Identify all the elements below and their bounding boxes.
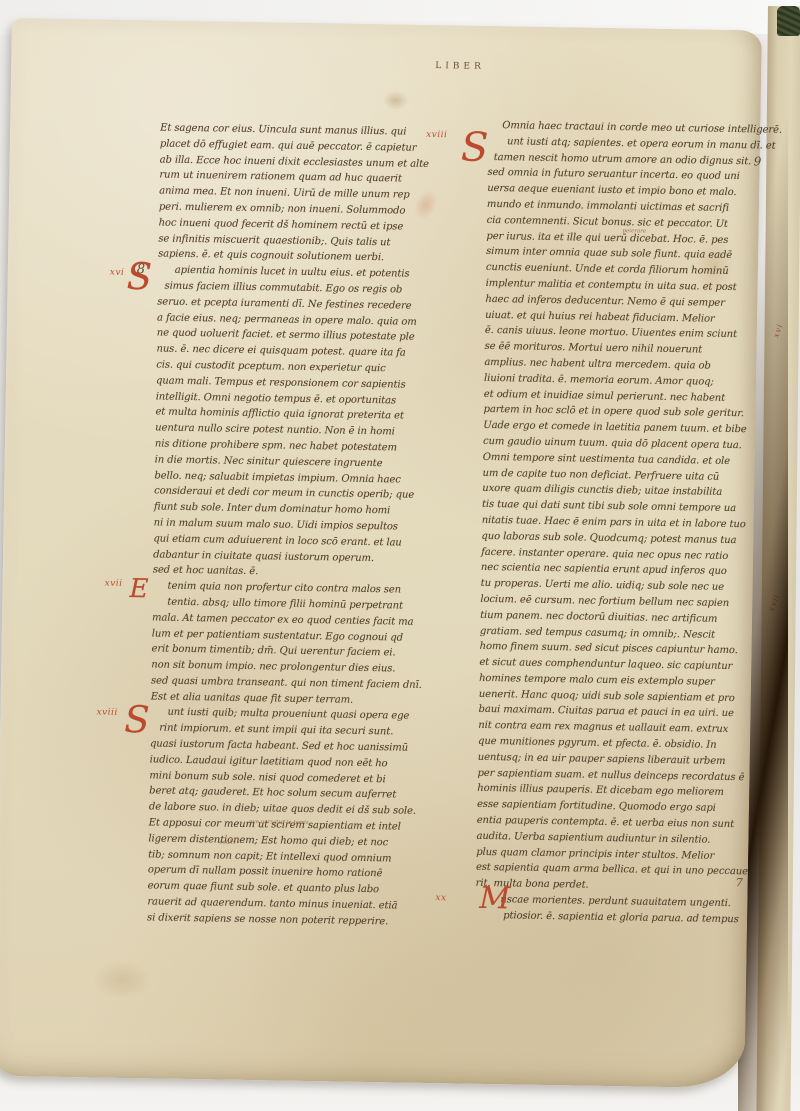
chapter-number-8: 8: [137, 262, 146, 277]
margin-quire-mark-bottom: 7: [736, 876, 744, 889]
drop-initial-E-ch17: E: [129, 576, 148, 602]
running-title: LIBER: [435, 61, 485, 72]
manuscript-photo: xvi xvii LIBER Et sagena cor eius. Uincu…: [0, 0, 800, 1111]
chapter-number-xvi: xvi: [110, 268, 125, 278]
chapter-number-xvii: xvii: [105, 579, 123, 589]
margin-quire-mark-top: 9: [754, 154, 762, 168]
drop-initial-S-ch18-right: S: [461, 127, 489, 167]
manuscript-line: ptiosior. ē. sapientia et gloria parua. …: [475, 908, 747, 928]
chapter-number-xx: xx: [435, 893, 446, 903]
foxing-spot: [383, 90, 409, 110]
drop-initial-M-ch20: M: [479, 884, 510, 915]
interlinear-gloss: oculis: [219, 840, 235, 846]
chapter-number-xviii-left: xviii: [96, 707, 117, 717]
text-column-left: Et sagena cor eius. Uincula sunt manus i…: [147, 120, 438, 930]
drop-initial-S-ch18: S: [124, 701, 150, 738]
chapter-number-xviii-right: xviii: [426, 130, 447, 140]
interlinear-gloss: que uersatur in terris: [249, 819, 309, 826]
text-column-right: Omnia haec tractaui in corde meo ut curi…: [475, 118, 760, 928]
foxing-spot: [92, 959, 153, 1000]
manuscript-page: LIBER Et sagena cor eius. Uincula sunt m…: [0, 18, 762, 1088]
interlinear-gloss: peierare: [623, 228, 647, 234]
